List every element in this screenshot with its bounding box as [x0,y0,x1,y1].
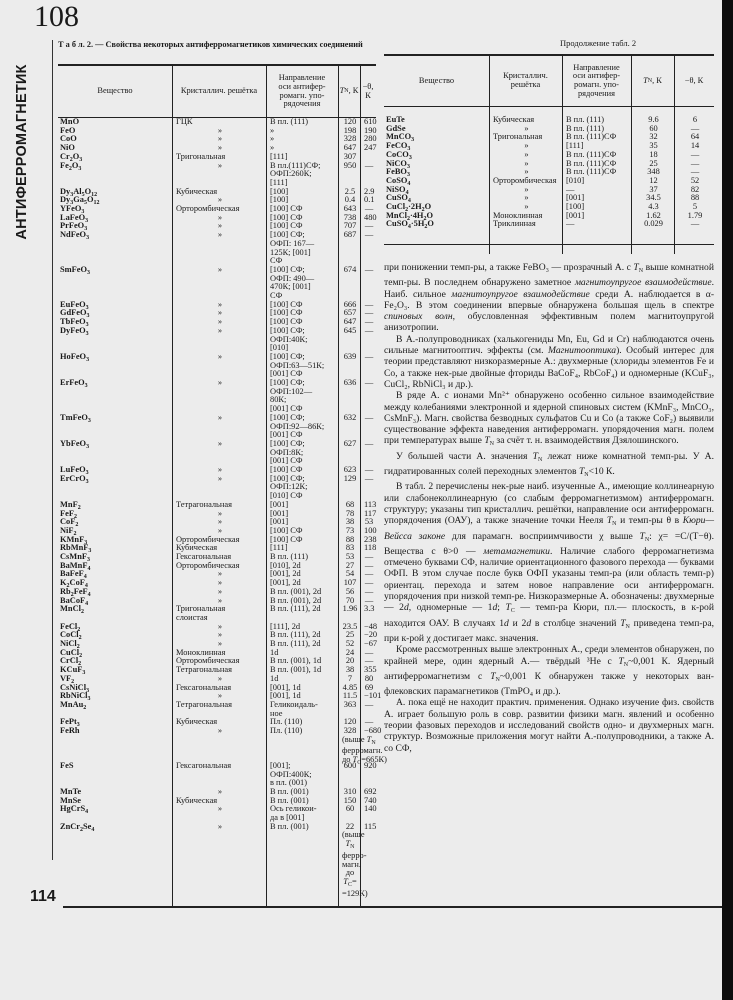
column-header: −θ, К [360,66,376,117]
axis-direction-cell: [001] [566,212,629,221]
page-number-bottom: 114 [30,888,56,906]
theta-cell: — [364,475,374,484]
properties-table: ВеществоКристаллич. решёткаНаправлениеос… [58,64,376,906]
neel-temperature-cell: 627 [342,440,358,449]
theta-cell: 3.3 [364,605,374,614]
column-header: Кристаллич. решётка [172,66,266,117]
neel-temperature-cell: 636 [342,379,358,388]
theta-cell: 920 [364,762,374,771]
neel-temperature-cell: 645 [342,327,358,336]
column-rule [172,64,173,906]
substance-cell: MnCl2 [60,605,170,617]
paragraph: В А.-полупроводниках (халькогениды Mn, E… [384,334,714,390]
axis-direction-cell: Ось геликои-да в [001] [270,805,336,822]
axis-direction-cell: [100] СФ;ОФП:63—51К;[001] СФ [270,353,336,379]
neel-temperature-cell: 0.029 [635,220,672,229]
substance-cell: MnAu2 [60,701,170,713]
theta-cell: — [364,414,374,423]
axis-direction-cell: [100] СФ;ОФП:40К;[010] [270,327,336,353]
margin-rule [52,40,53,860]
column-rule [489,54,490,254]
theta-cell: −680 [364,727,374,736]
bottom-rule [63,906,733,908]
neel-temperature-cell: 632 [342,414,358,423]
lattice-cell: Триклинная [493,220,560,229]
column-header: Кристаллич. решётка [489,56,562,106]
column-rule [266,64,267,906]
lattice-cell: Тетрагональная [176,701,264,710]
running-title: АНТИФЕРРОМАГНЕТИК [4,34,40,270]
axis-direction-cell: [100] СФ;ОФП:102—80К;[001] СФ [270,379,336,414]
theta-cell: 140 [364,805,374,814]
axis-direction-cell: Пл. (110) [270,727,336,736]
theta-cell: — [364,440,374,449]
substance-cell: ZnCr2Se4 [60,823,170,835]
theta-cell: — [364,379,374,388]
paragraph: Кроме рассмотренных выше электронных А.,… [384,644,714,697]
table-header: ВеществоКристаллич. решёткаНаправлениеос… [384,54,714,107]
axis-direction-cell: [010] [566,177,629,186]
column-header: Вещество [384,56,489,106]
lattice-cell: » [176,823,264,832]
theta-cell: — [678,220,712,229]
axis-direction-cell: [100] СФ;ОФП:8К;[001] СФ [270,440,336,466]
axis-direction-cell: » [270,127,336,136]
lattice-cell: » [176,162,264,171]
lattice-cell: » [176,414,264,423]
substance-cell: FeRh [60,727,170,736]
article-body: при понижении темп-ры, а также FeBO₃ — п… [384,262,714,754]
neel-temperature-cell: 687 [342,231,358,240]
theta-cell: — [364,701,374,710]
neel-temperature-cell: 129 [342,475,358,484]
lattice-cell: » [176,231,264,240]
lattice-cell: Тригональнаяслоистая [176,605,264,622]
theta-cell: 247 [364,144,374,153]
substance-cell: HoFeO3 [60,353,170,365]
axis-direction-cell: В пл.(111)СФ;ОФП:260К;[111] [270,162,336,188]
theta-cell: — [364,231,374,240]
neel-temperature-cell: 639 [342,353,358,362]
column-header: TN, К [631,56,674,106]
lattice-cell: » [176,475,264,484]
neel-temperature-cell: 674 [342,266,358,275]
substance-cell: CuSO4·5H2O [386,220,487,232]
paragraph: при понижении темп-ры, а также FeBO₃ — п… [384,262,714,334]
page-number-top: 108 [34,2,79,32]
table-caption: Т а б л. 2. — Свойства некоторых антифер… [58,40,378,49]
neel-temperature-cell: 600 [342,762,358,771]
column-rule [338,64,339,906]
table-header: ВеществоКристаллич. решёткаНаправлениеос… [58,64,376,118]
column-header: Вещество [58,66,172,117]
substance-cell: CoO [60,135,170,144]
substance-cell: DyFeO3 [60,327,170,339]
axis-direction-cell: — [566,220,629,229]
column-rule [631,54,632,254]
substance-cell: ErFeO3 [60,379,170,391]
neel-temperature-cell: 60 [342,805,358,814]
paragraph: В табл. 2 перечислены нек-рые наиб. изуч… [384,481,714,644]
axis-direction-cell: В пл. (001) [270,823,336,832]
lattice-cell: » [176,266,264,275]
axis-direction-cell: В пл. (111), 2d [270,640,336,649]
theta-cell: 115 [364,823,374,832]
column-rule [562,54,563,254]
lattice-cell: » [176,327,264,336]
paragraph: У большей части А. значения TN лежат ниж… [384,451,714,482]
column-rule [674,54,675,254]
substance-cell: YbFeO3 [60,440,170,452]
axis-direction-cell: [100] СФ;ОФП:12К;[010] СФ [270,475,336,501]
neel-temperature-cell: 22(вышеTNферро-магн.доTC==129К) [342,823,358,899]
column-header: TN, К [338,66,360,117]
substance-cell: MnO [60,118,170,127]
lattice-cell: » [176,805,264,814]
substance-cell: FeS [60,762,170,771]
axis-direction-cell: В пл. (001), 1d [270,666,336,675]
axis-direction-cell: В пл. (111), 2d [270,605,336,614]
substance-cell: TmFeO3 [60,414,170,426]
axis-direction-cell: [100] СФ;ОФП: 490—470К; [001]СФ [270,266,336,301]
substance-cell: ErCrO3 [60,475,170,487]
substance-cell: NdFeO3 [60,231,170,243]
lattice-cell: » [176,379,264,388]
axis-direction-cell: [100] СФ;ОФП:92—86К;[001] СФ [270,414,336,440]
axis-direction-cell: В пл. (111) [270,118,336,127]
scan-edge [722,0,733,1000]
neel-temperature-cell: 950 [342,162,358,171]
substance-cell: Fe2O3 [60,162,170,174]
neel-temperature-cell: 1.96 [342,605,358,614]
table-continuation-caption: Продолжение табл. 2 [560,38,636,48]
lattice-cell: Гексагональная [176,762,264,771]
properties-table-continued: ВеществоКристаллич. решёткаНаправлениеос… [384,54,714,254]
axis-direction-cell: » [270,135,336,144]
paragraph: В ряде А. с ионами Mn²⁺ обнаружено особе… [384,390,714,450]
lattice-cell: » [176,440,264,449]
lattice-cell: » [176,353,264,362]
axis-direction-cell: Геликоидаль-ное [270,701,336,718]
axis-direction-cell: [100] СФ;ОФП: 167—125К; [001]СФ [270,231,336,266]
neel-temperature-cell: 363 [342,701,358,710]
paragraph: А. пока ещё не находит практич. применен… [384,697,714,753]
substance-cell: HgCrS4 [60,805,170,817]
table-bottom-rule [384,244,714,245]
column-rule [360,64,361,906]
lattice-cell: » [176,727,264,736]
axis-direction-cell: [001];ОФП:400К;в пл. (001) [270,762,336,788]
substance-cell: SmFeO3 [60,266,170,278]
theta-cell: — [364,353,374,362]
theta-cell: — [364,162,374,171]
column-header: Направлениеоси антифер-ромагн. упо-рядоч… [266,66,338,117]
column-header: Направлениеоси антифер-ромагн. упо-рядоч… [562,56,631,106]
column-header: −θ, К [674,56,714,106]
theta-cell: — [364,327,374,336]
theta-cell: — [364,266,374,275]
